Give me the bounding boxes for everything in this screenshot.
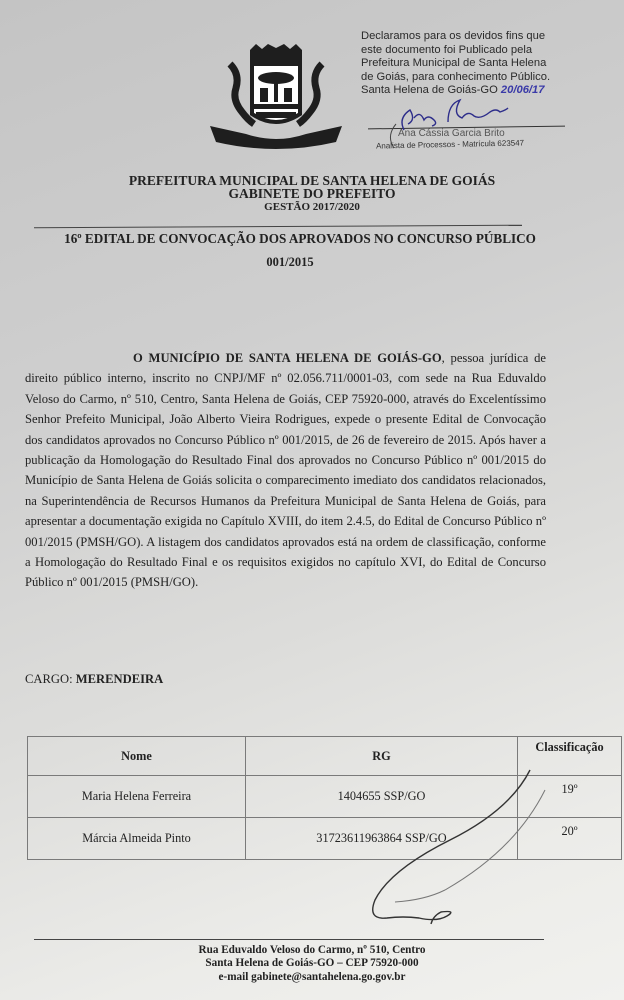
body-text: , pessoa jurídica de direito público int… bbox=[25, 351, 546, 589]
cell-name: Márcia Almeida Pinto bbox=[28, 818, 246, 860]
cargo-line: CARGO: MERENDEIRA bbox=[25, 672, 163, 687]
stamp-place: Santa Helena de Goiás-GO bbox=[361, 84, 498, 96]
cell-name: Maria Helena Ferreira bbox=[28, 776, 246, 818]
cell-rg: 31723611963864 SSP/GO bbox=[246, 818, 518, 860]
body-paragraph: O MUNICÍPIO DE SANTA HELENA DE GOIÁS-GO,… bbox=[25, 348, 546, 593]
cell-classification: 19º bbox=[518, 776, 622, 818]
municipal-coat-of-arms-icon bbox=[206, 44, 346, 156]
divider bbox=[34, 225, 522, 229]
candidates-table: Nome RG Classificação Maria Helena Ferre… bbox=[27, 736, 622, 860]
column-header-name: Nome bbox=[28, 737, 246, 776]
stamp-line: Declaramos para os devidos fins que bbox=[361, 30, 576, 44]
table-row: Márcia Almeida Pinto 31723611963864 SSP/… bbox=[28, 818, 622, 860]
stamp-handwritten-date: 20/06/17 bbox=[501, 84, 545, 96]
footer-email-label: e-mail bbox=[219, 971, 252, 983]
footer-address: Rua Eduvaldo Veloso do Carmo, nº 510, Ce… bbox=[0, 944, 624, 956]
table-header-row: Nome RG Classificação bbox=[28, 737, 622, 776]
footer-city: Santa Helena de Goiás-GO – CEP 75920-000 bbox=[0, 957, 624, 969]
cell-rg: 1404655 SSP/GO bbox=[246, 776, 518, 818]
footer-email[interactable]: gabinete@santahelena.go.gov.br bbox=[251, 971, 405, 983]
publication-stamp: Declaramos para os devidos fins que este… bbox=[361, 30, 576, 98]
signer-name: Ana Cássia Garcia Brito bbox=[398, 128, 505, 139]
stamp-line: Prefeitura Municipal de Santa Helena bbox=[361, 57, 576, 71]
cargo-value: MERENDEIRA bbox=[76, 672, 163, 686]
header-department: GABINETE DO PREFEITO bbox=[0, 186, 624, 202]
body-lead: O MUNICÍPIO DE SANTA HELENA DE GOIÁS-GO bbox=[133, 351, 442, 365]
table-row: Maria Helena Ferreira 1404655 SSP/GO 19º bbox=[28, 776, 622, 818]
cell-classification: 20º bbox=[518, 818, 622, 860]
header-term: GESTÃO 2017/2020 bbox=[0, 201, 624, 213]
stamp-line: este documento foi Publicado pela bbox=[361, 44, 576, 58]
cargo-label: CARGO: bbox=[25, 672, 76, 686]
stamp-line: de Goiás, para conhecimento Público. bbox=[361, 71, 576, 85]
footer-email-line: e-mail gabinete@santahelena.go.gov.br bbox=[0, 971, 624, 983]
signer-role: Analista de Processos - Matrícula 623547 bbox=[376, 138, 524, 150]
document-title: 16º EDITAL DE CONVOCAÇÃO DOS APROVADOS N… bbox=[30, 231, 570, 247]
document-title-number: 001/2015 bbox=[0, 255, 580, 270]
column-header-classification: Classificação bbox=[518, 737, 622, 776]
column-header-rg: RG bbox=[246, 737, 518, 776]
footer-divider bbox=[34, 939, 544, 940]
